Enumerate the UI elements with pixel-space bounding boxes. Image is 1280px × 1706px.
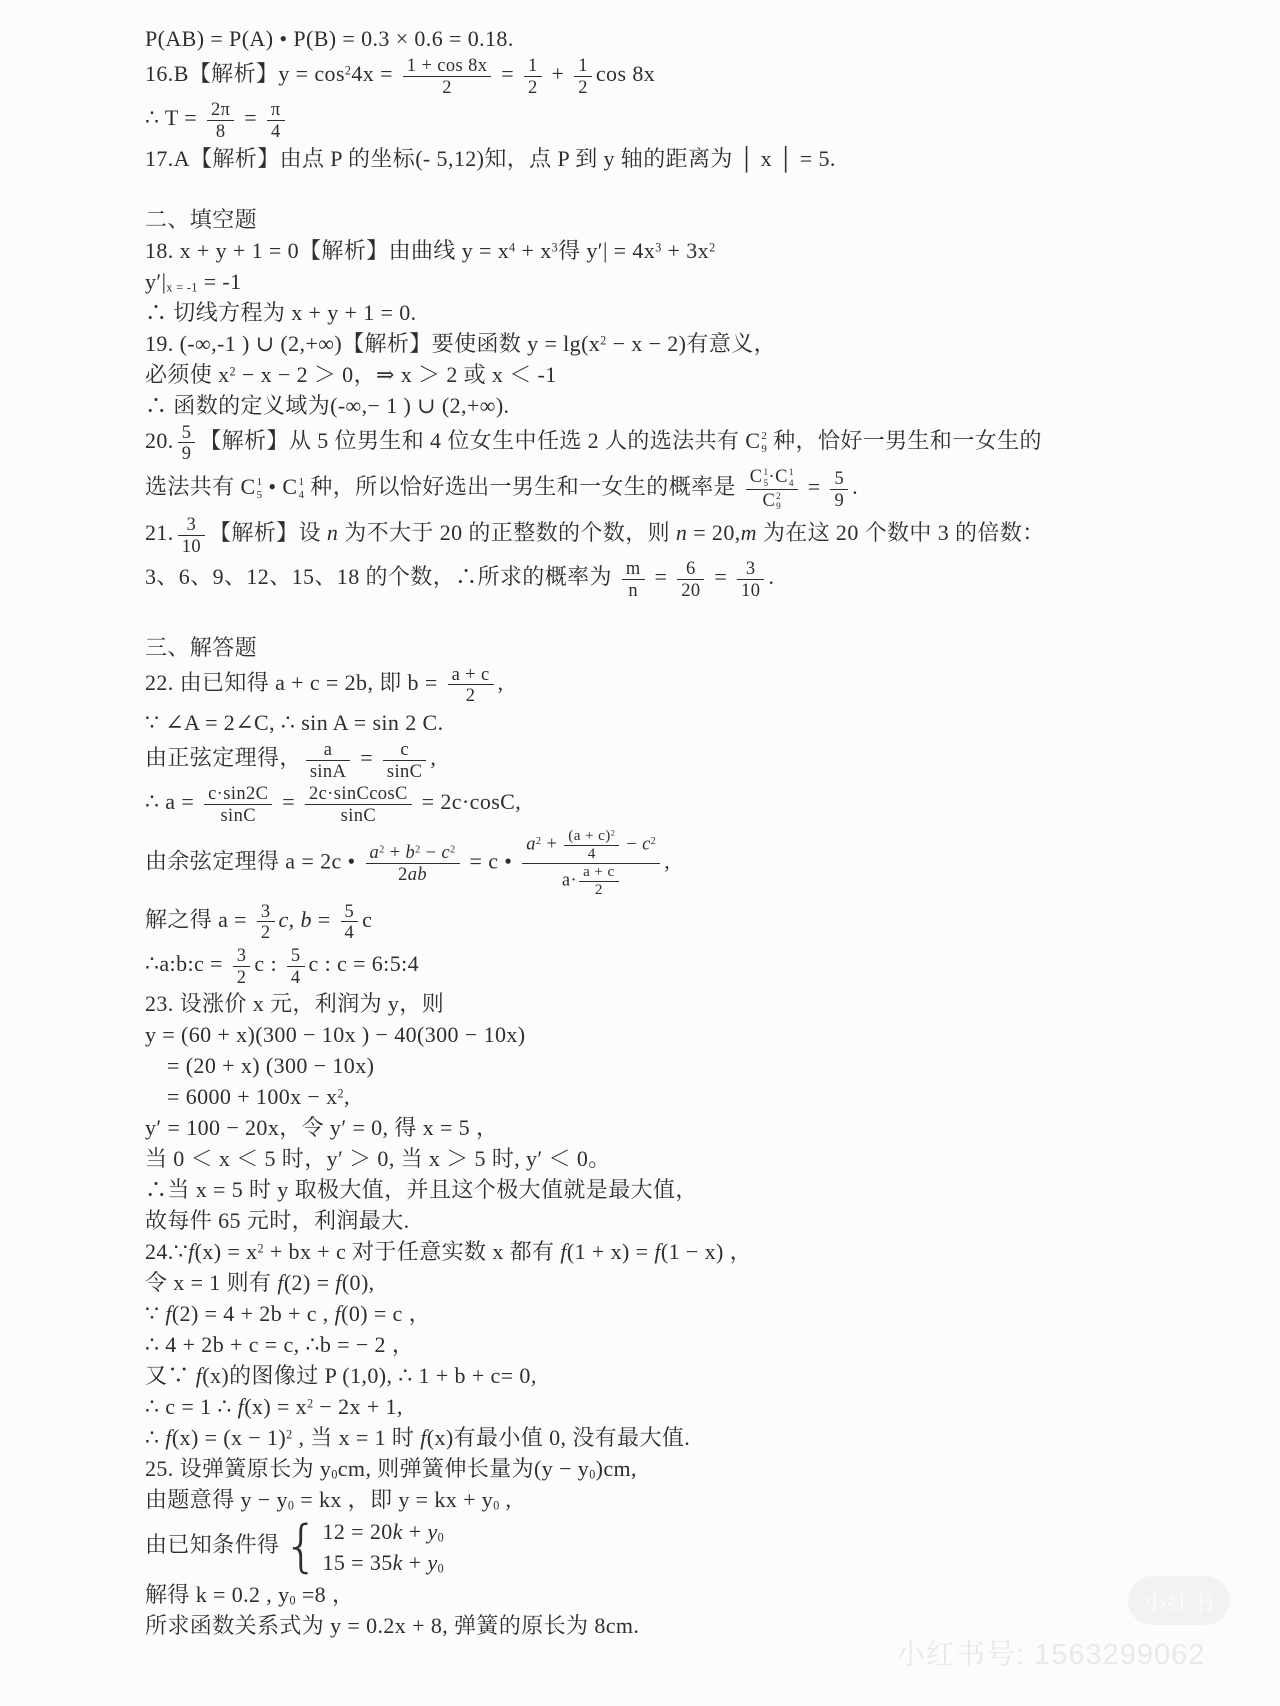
q25-system: 由已知条件得{12 = 20k + y015 = 35k + y0 (145, 1516, 1232, 1578)
q16-solution: 16.B【解析】y = cos24x = 1 + cos 8x2 = 12 + … (145, 55, 1232, 97)
q23-sign: 当 0 ＜ x ＜ 5 时，y′ ＞ 0, 当 x ＞ 5 时, y′ ＜ 0。 (145, 1144, 1232, 1173)
q23-conclusion: 故每件 65 元时，利润最大. (145, 1206, 1232, 1235)
q23-eq2: = (20 + x) (300 − 10x) (145, 1051, 1232, 1080)
q21-probability: 3、6、9、12、15、18 的个数，∴所求的概率为 mn = 620 = 31… (145, 558, 1232, 600)
q19-conclusion: ∴ 函数的定义域为(-∞,− 1 ) ∪ (2,+∞). (145, 391, 1232, 420)
q25-relation: 由题意得 y − y0 = kx ，即 y = kx + y0 , (145, 1485, 1232, 1514)
section-fill-in-heading: 二、填空题 (145, 205, 1232, 234)
q24-function: ∴ c = 1 ∴ f(x) = x2 − 2x + 1, (145, 1392, 1232, 1421)
q23-maximum: ∴当 x = 5 时 y 取极大值，并且这个极大值就是最大值， (145, 1175, 1232, 1204)
q25-solve: 解得 k = 0.2 , y0 =8 ， (145, 1580, 1232, 1609)
q24-solve-b: ∴ 4 + 2b + c = c, ∴b = − 2 ， (145, 1330, 1232, 1359)
q24-given: 24.∵f(x) = x2 + bx + c 对于任意实数 x 都有 f(1 +… (145, 1237, 1232, 1266)
q19-condition: 必须使 x2 − x − 2 ＞ 0，⇒ x ＞ 2 或 x ＜ -1 (145, 360, 1232, 389)
q25-setup: 25. 设弹簧原长为 y0cm, 则弹簧伸长量为(y − y0)cm, (145, 1454, 1232, 1483)
q18-solution: 18. x + y + 1 = 0【解析】由曲线 y = x4 + x3得 y′… (145, 236, 1232, 265)
q22-sine-rule: 由正弦定理得，asinA = csinC, (145, 739, 1232, 781)
q18-derivative: y′|x = -1 = -1 (145, 267, 1232, 296)
q23-setup: 23. 设涨价 x 元，利润为 y，则 (145, 989, 1232, 1018)
q24-conclusion: ∴ f(x) = (x − 1)2 , 当 x = 1 时 f(x)有最小值 0… (145, 1423, 1232, 1452)
q22-ratio: ∴a:b:c = 32c : 54c : c = 6:5:4 (145, 945, 1232, 987)
q21-solution: 21.310【解析】设 n 为不大于 20 的正整数的个数，则 n = 20,m… (145, 514, 1232, 556)
q22-cosine-rule: 由余弦定理得 a = 2c • a2 + b2 − c22ab = c • a2… (145, 828, 1232, 899)
q22-solve: 解之得 a = 32c, b = 54c (145, 901, 1232, 943)
q22-angles: ∵ ∠A = 2∠C, ∴ sin A = sin 2 C. (145, 708, 1232, 737)
q24-point: 又∵ f(x)的图像过 P (1,0), ∴ 1 + b + c= 0, (145, 1361, 1232, 1390)
q23-derivative: y′ = 100 − 20x，令 y′ = 0, 得 x = 5 ， (145, 1113, 1232, 1142)
q18-conclusion: ∴ 切线方程为 x + y + 1 = 0. (145, 298, 1232, 327)
xiaohongshu-watermark-badge: 小红书 (1128, 1576, 1230, 1625)
q17-solution: 17.A【解析】由点 P 的坐标(- 5,12)知，点 P 到 y 轴的距离为 … (145, 144, 1232, 173)
q19-solution: 19. (-∞,-1 ) ∪ (2,+∞)【解析】要使函数 y = lg(x2 … (145, 329, 1232, 358)
q22-a-derivation: ∴ a = c·sin2CsinC = 2c·sinCcosCsinC = 2c… (145, 783, 1232, 825)
q23-eq1: y = (60 + x)(300 − 10x ) − 40(300 − 10x) (145, 1020, 1232, 1049)
q16-period: ∴ T = 2π8 = π4 (145, 99, 1232, 141)
q15-solution-tail: P(AB) = P(A) • P(B) = 0.3 × 0.6 = 0.18. (145, 24, 1232, 53)
q23-eq3: = 6000 + 100x − x2, (145, 1082, 1232, 1111)
q22-given: 22. 由已知得 a + c = 2b, 即 b = a + c2, (145, 664, 1232, 706)
q24-substitute: 令 x = 1 则有 f(2) = f(0), (145, 1268, 1232, 1297)
section-answer-heading: 三、解答题 (145, 633, 1232, 662)
q20-probability: 选法共有 C15 • C14 种，所以恰好选出一男生和一女生的概率是 C15·C… (145, 466, 1232, 512)
q20-solution: 20.59【解析】从 5 位男生和 4 位女生中任选 2 人的选法共有 C29 … (145, 422, 1232, 464)
xiaohongshu-account-watermark: 小红书号: 1563299062 (896, 1632, 1236, 1673)
document-page: P(AB) = P(A) • P(B) = 0.3 × 0.6 = 0.18.1… (0, 0, 1280, 1640)
q24-values: ∵ f(2) = 4 + 2b + c , f(0) = c ， (145, 1299, 1232, 1328)
document-lines: P(AB) = P(A) • P(B) = 0.3 × 0.6 = 0.18.1… (145, 24, 1232, 1640)
